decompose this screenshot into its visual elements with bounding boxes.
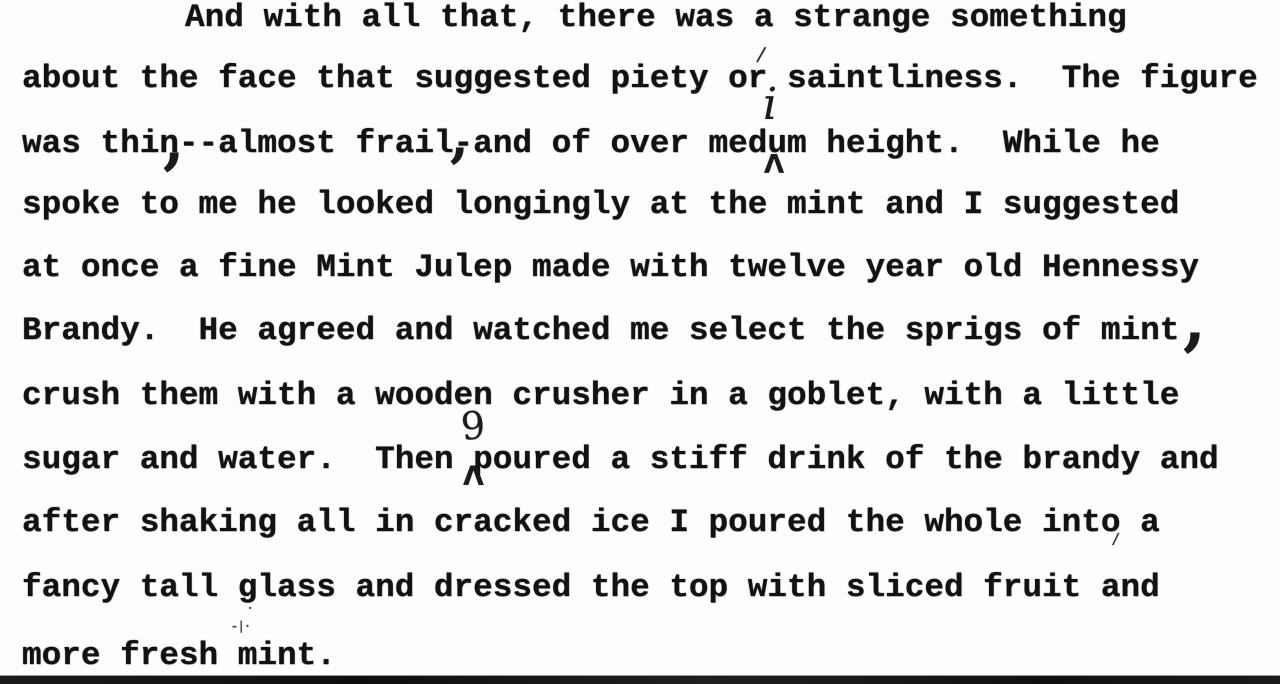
manuscript-page: And with all that, there was a strange s… bbox=[0, 0, 1280, 684]
typed-line-1: And with all that, there was a strange s… bbox=[22, 1, 1127, 34]
typed-line-7: crush them with a wooden crusher in a go… bbox=[22, 379, 1179, 412]
typed-line-6: Brandy. He agreed and watched me select … bbox=[22, 314, 1179, 347]
typed-line-2: about the face that suggested piety or s… bbox=[22, 62, 1258, 95]
handwritten-caret-under-then: Λ bbox=[463, 463, 484, 490]
handwritten-comma-after-thin: , bbox=[163, 110, 185, 172]
typed-line-9: after shaking all in cracked ice I poure… bbox=[22, 506, 1160, 539]
typed-line-4: spoke to me he looked longingly at the m… bbox=[22, 188, 1179, 221]
typed-line-11: more fresh mint. bbox=[22, 639, 336, 672]
page-bottom-scan-edge bbox=[0, 676, 1280, 684]
handwritten-comma-after-frail: , bbox=[450, 110, 469, 164]
handwritten-insertion-mark-then: 9 bbox=[459, 406, 486, 446]
ink-smudge-above-mint: -|· bbox=[232, 620, 252, 632]
typed-line-10: fancy tall glass and dressed the top wit… bbox=[22, 571, 1160, 604]
typed-line-3: was thin--almost frail-and of over medum… bbox=[22, 127, 1160, 160]
handwritten-inserted-i: i bbox=[763, 83, 777, 127]
handwritten-comma-after-mint: , bbox=[1183, 287, 1206, 353]
ink-smudge-dot: · bbox=[248, 602, 252, 614]
handwritten-slash-under-into: / bbox=[1112, 531, 1120, 548]
typed-line-8: sugar and water. Then poured a stiff dri… bbox=[22, 443, 1219, 476]
handwritten-caret-under-medum: Λ bbox=[764, 152, 784, 178]
typed-line-5: at once a fine Mint Julep made with twel… bbox=[22, 251, 1199, 284]
